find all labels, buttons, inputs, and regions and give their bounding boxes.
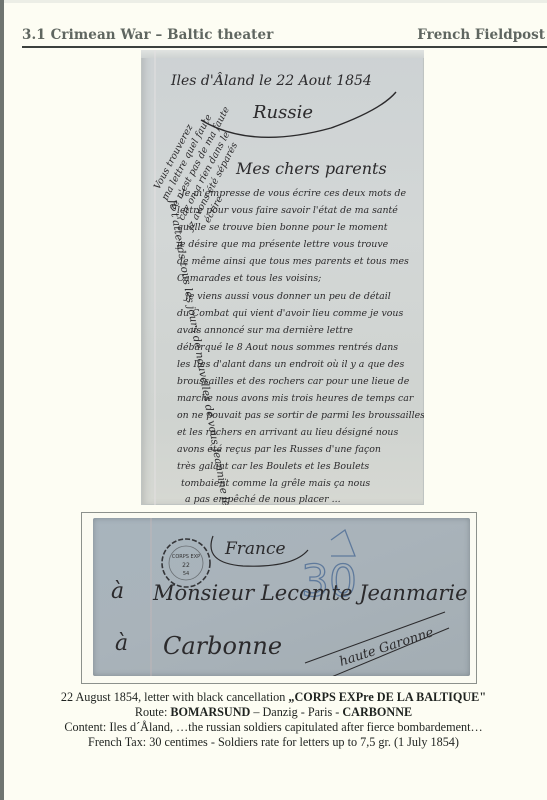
letter-heading: Iles d'Âland le 22 Aout 1854 xyxy=(170,71,372,89)
svg-text:54: 54 xyxy=(183,571,189,577)
handwriting-illustration: Iles d'Âland le 22 Aout 1854 Russie Vous… xyxy=(141,50,424,505)
letter-place: Russie xyxy=(252,102,313,123)
svg-text:marche nous avons mis trois he: marche nous avons mis trois heures de te… xyxy=(177,393,414,404)
envelope-addressee: Monsieur Lecomte Jeanmarie xyxy=(152,581,468,605)
letter-image: Iles d'Âland le 22 Aout 1854 Russie Vous… xyxy=(141,50,424,505)
svg-text:je désire que ma présente lett: je désire que ma présente lettre vous tr… xyxy=(175,239,389,250)
svg-text:on ne pouvait pas se sortir de: on ne pouvait pas se sortir de parmi les… xyxy=(177,410,424,421)
svg-text:de même ainsi que tous mes par: de même ainsi que tous mes parents et to… xyxy=(177,256,409,267)
caption-line-1: 22 August 1854, letter with black cancel… xyxy=(0,690,547,705)
envelope-country: France xyxy=(224,539,286,559)
svg-text:avons été reçus par les Russes: avons été reçus par les Russes d'une faç… xyxy=(177,444,381,455)
page-top-edge xyxy=(0,0,547,3)
envelope-department: haute Garonne xyxy=(338,625,436,670)
svg-text:broussailles et des rochers ca: broussailles et des rochers car pour une… xyxy=(177,376,410,387)
svg-text:lettre pour vous faire savoir: lettre pour vous faire savoir l'état de … xyxy=(177,205,398,216)
exhibit-caption: 22 August 1854, letter with black cancel… xyxy=(0,690,547,750)
svg-text:débarqué le 8 Aout nous sommes: débarqué le 8 Aout nous sommes rentrés d… xyxy=(177,342,398,353)
svg-text:et les rochers en arrivant au: et les rochers en arrivant au lieu désig… xyxy=(177,427,398,438)
svg-text:CORPS EXP: CORPS EXP xyxy=(172,554,200,560)
envelope-town-prefix: à xyxy=(115,631,128,656)
svg-text:tombaient comme la grêle mais: tombaient comme la grêle mais ça nous xyxy=(181,478,370,489)
header-divider xyxy=(22,46,547,48)
section-title: 3.1 Crimean War – Baltic theater xyxy=(22,27,273,43)
svg-text:Je m'empresse de vous écrire c: Je m'empresse de vous écrire ces deux mo… xyxy=(179,188,406,199)
letter-salutation: Mes chers parents xyxy=(235,159,387,178)
caption-line-2: Route: BOMARSUND – Danzig - Paris - CARB… xyxy=(0,705,547,720)
svg-text:très galant car les Boulets et: très galant car les Boulets et les Boule… xyxy=(177,461,369,472)
envelope-illustration: CORPS EXP 22 54 30 France à Monsieur Lec… xyxy=(93,518,470,676)
svg-text:avais annoncé sur ma dernière: avais annoncé sur ma dernière lettre xyxy=(177,325,353,336)
envelope-image: CORPS EXP 22 54 30 France à Monsieur Lec… xyxy=(93,518,470,676)
svg-text:a pas empêché de nous placer .: a pas empêché de nous placer ... xyxy=(185,494,341,505)
page-left-edge xyxy=(0,0,4,800)
collection-title: French Fieldpost xyxy=(417,27,545,43)
svg-text:22: 22 xyxy=(182,562,190,569)
caption-line-3: Content: Iles d´Åland, …the russian sold… xyxy=(0,720,547,735)
svg-text:Camarades et tous les voisins;: Camarades et tous les voisins; xyxy=(177,273,321,284)
envelope-addressee-prefix: à xyxy=(111,579,124,604)
svg-text:les Iles d'alant dans un endro: les Iles d'alant dans un endroit où il y… xyxy=(177,359,404,370)
envelope-town: Carbonne xyxy=(163,632,282,660)
postmark-cancellation: CORPS EXP 22 54 xyxy=(162,539,210,587)
svg-text:du Combat qui vient d'avoir li: du Combat qui vient d'avoir lieu comme j… xyxy=(177,308,403,319)
page-header: 3.1 Crimean War – Baltic theater French … xyxy=(22,27,547,47)
svg-text:Je viens aussi vous donner un: Je viens aussi vous donner un peu de dét… xyxy=(183,291,391,302)
svg-text:quelle se trouve bien bonne po: quelle se trouve bien bonne pour le mome… xyxy=(177,222,388,233)
caption-line-4: French Tax: 30 centimes - Soldiers rate … xyxy=(0,735,547,750)
